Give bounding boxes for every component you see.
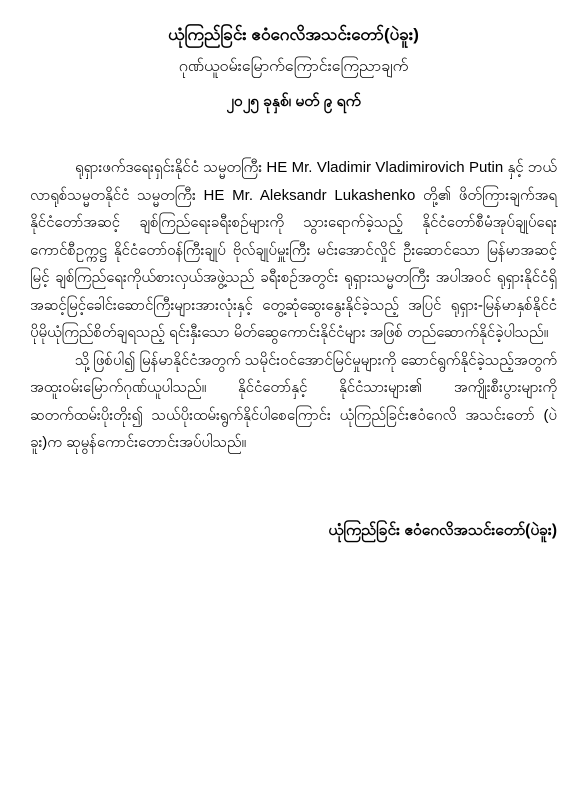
paragraph-2: သို့ဖြစ်ပါ၍ မြန်မာနိုင်ငံအတွက် သမိုင်းဝင… bbox=[30, 347, 557, 457]
document-date: ၂၀၂၅ ခုနှစ်၊ မတ် ၉ ရက် bbox=[30, 88, 557, 116]
document-body: ရုရှားဖက်ဒရေးရှင်းနိုင်ငံ သမ္မတကြီး HE M… bbox=[30, 154, 557, 457]
document-page: ယုံကြည်ခြင်း ဧဝံဂေလိအသင်းတော်(ပဲခူး) ဂုဏ… bbox=[0, 0, 588, 790]
document-subtitle: ဂုဏ်ယူဝမ်းမြောက်ကြောင်းကြေညာချက် bbox=[30, 52, 557, 82]
signature-line: ယုံကြည်ခြင်း ဧဝံဂေလိအသင်းတော်(ပဲခူး) bbox=[30, 517, 557, 545]
paragraph-1: ရုရှားဖက်ဒရေးရှင်းနိုင်ငံ သမ္မတကြီး HE M… bbox=[30, 154, 557, 347]
document-title: ယုံကြည်ခြင်း ဧဝံဂေလိအသင်းတော်(ပဲခူး) bbox=[30, 20, 557, 50]
